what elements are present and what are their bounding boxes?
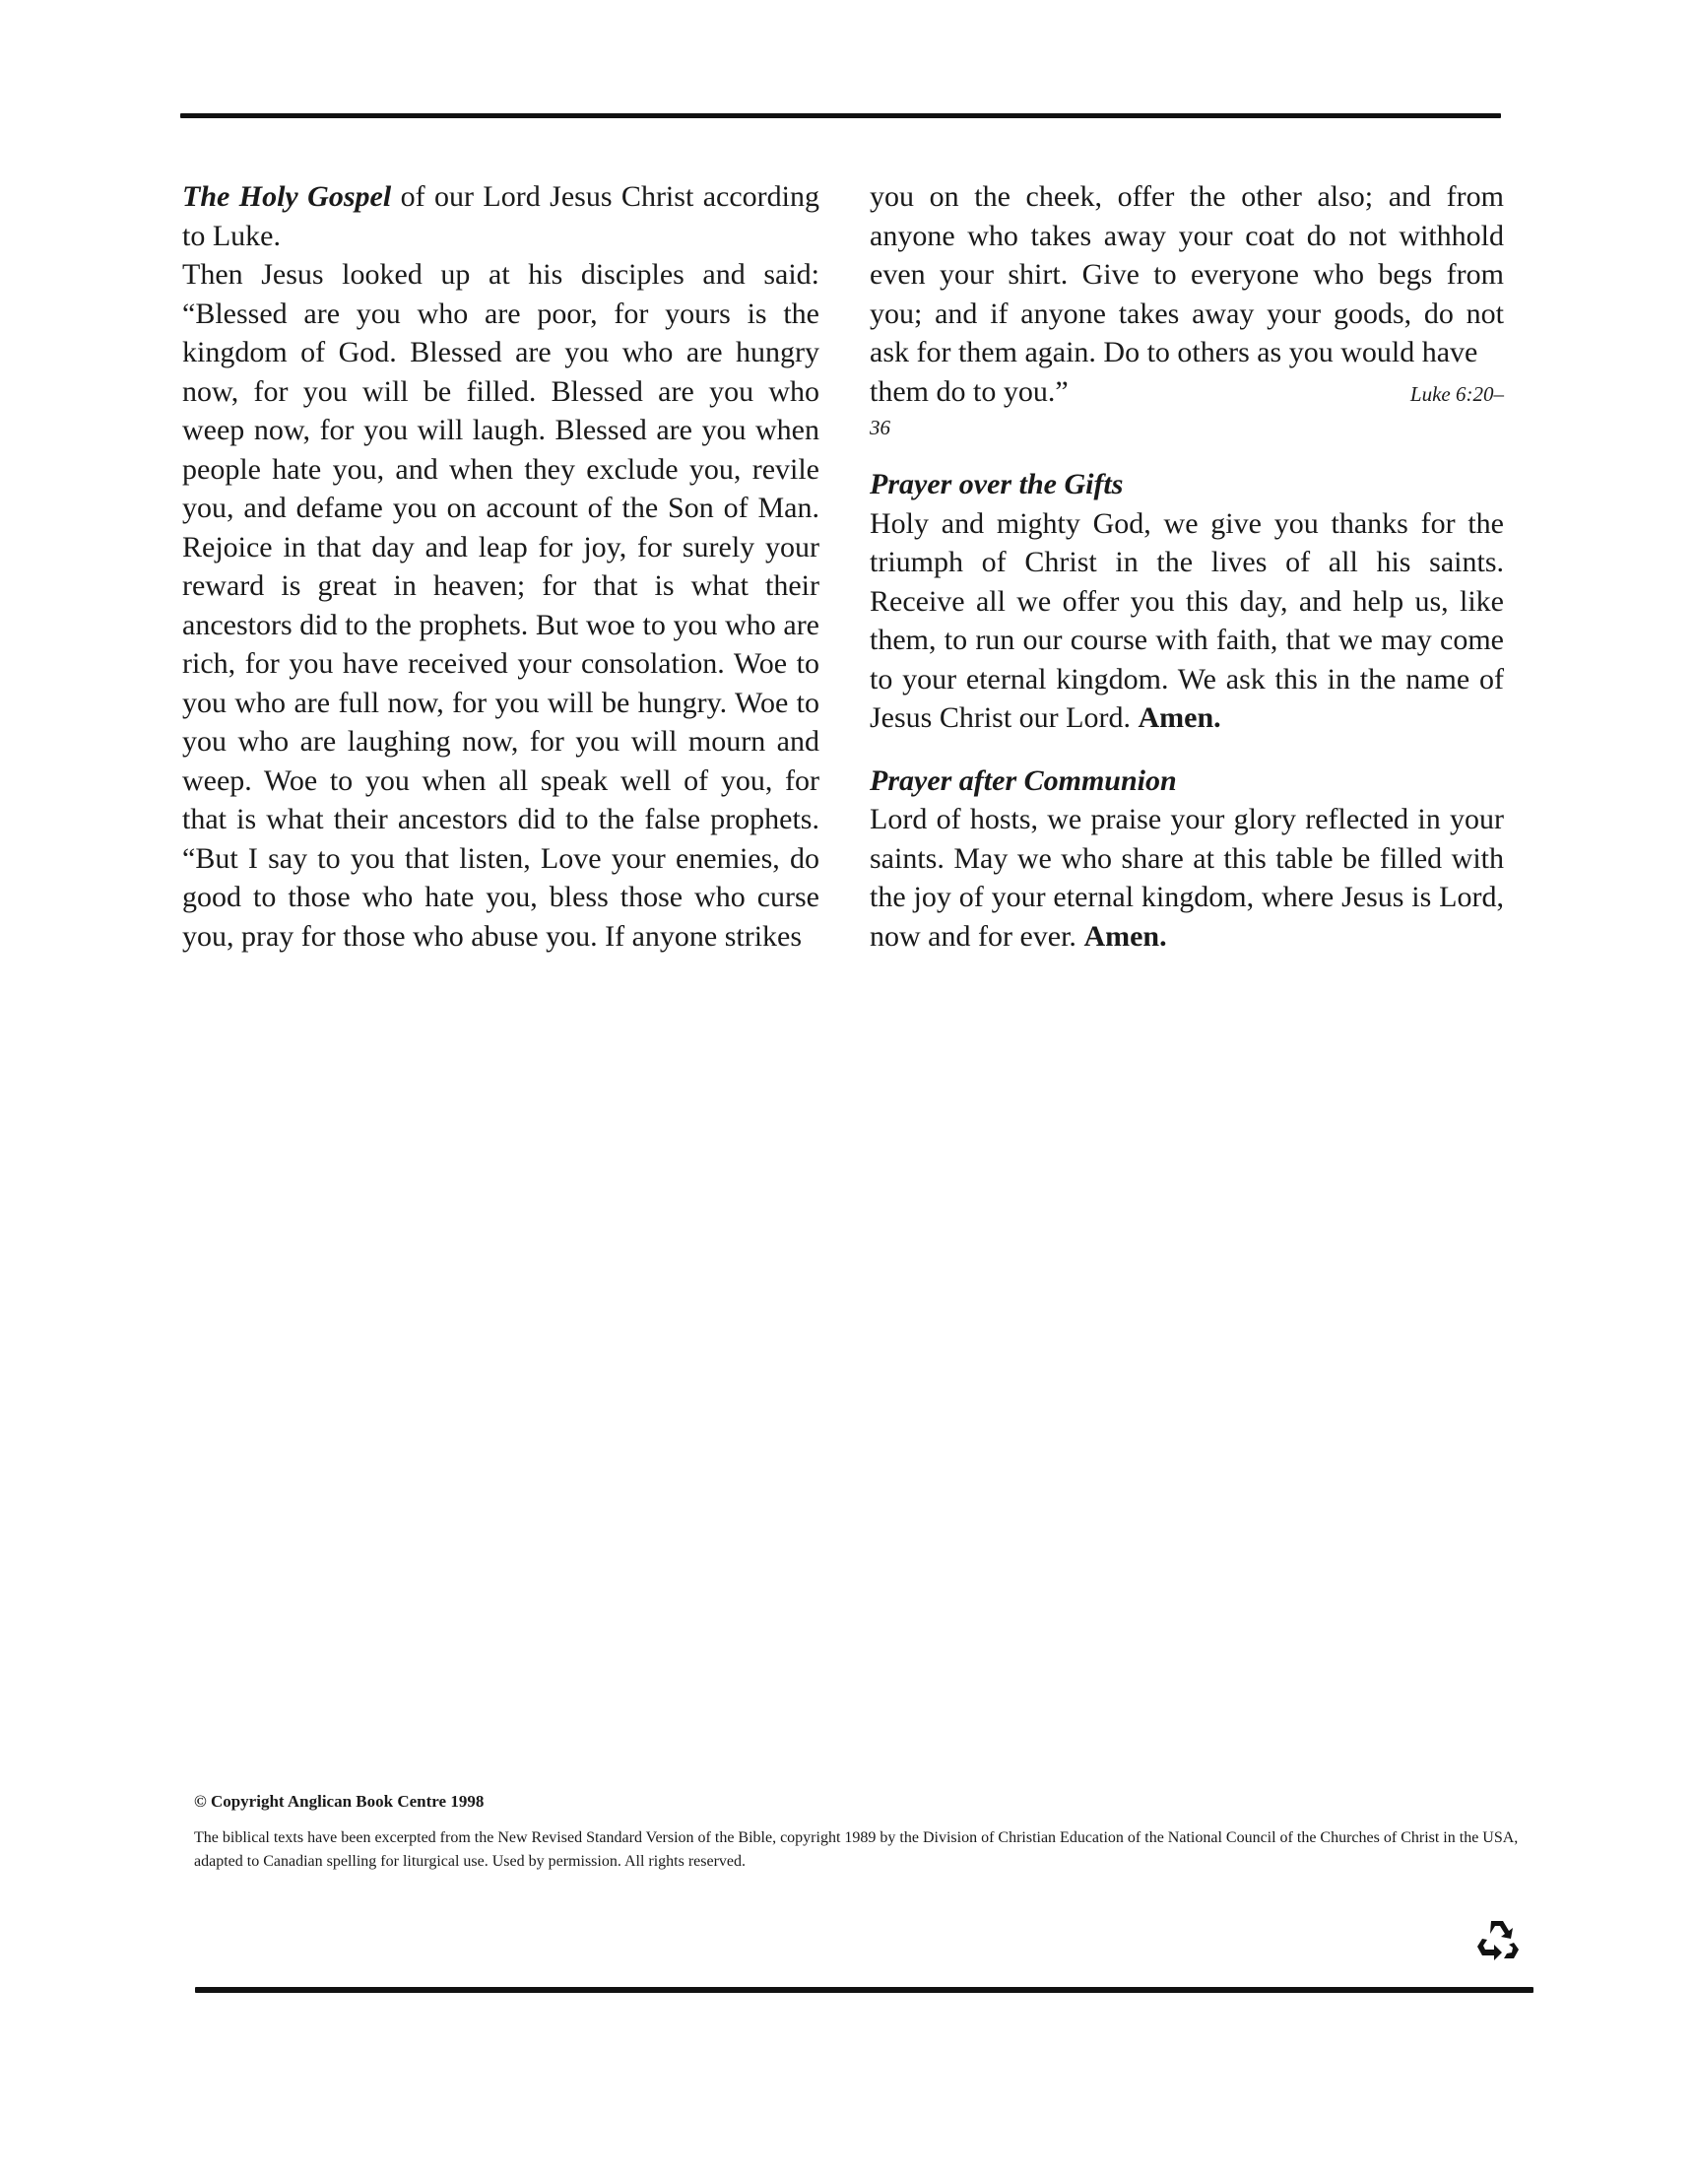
bible-attribution: The biblical texts have been excerpted f… (194, 1826, 1533, 1874)
prayer-gifts-heading: Prayer over the Gifts (870, 465, 1504, 504)
top-rule (180, 113, 1501, 118)
gospel-intro-title: The Holy Gospel (182, 180, 391, 213)
gospel-intro: The Holy Gospel of our Lord Jesus Christ… (182, 177, 819, 255)
gospel-last-line: them do to you.” Luke 6:20– (870, 372, 1504, 415)
gospel-body-right-last: them do to you.” (870, 372, 1069, 412)
scripture-reference-continued: 36 (870, 414, 1504, 441)
prayer-gifts-body: Holy and mighty God, we give you thanks … (870, 507, 1504, 735)
right-column: you on the cheek, offer the other also; … (870, 177, 1504, 956)
prayer-communion-amen: Amen. (1083, 920, 1166, 953)
prayer-communion-text: Lord of hosts, we praise your glory refl… (870, 800, 1504, 956)
prayer-communion-heading: Prayer after Communion (870, 761, 1504, 801)
gospel-body-left: Then Jesus looked up at his disciples an… (182, 255, 819, 956)
copyright-notice: © Copyright Anglican Book Centre 1998 (194, 1791, 1533, 1813)
prayer-communion-body: Lord of hosts, we praise your glory refl… (870, 803, 1504, 953)
gospel-body-right: you on the cheek, offer the other also; … (870, 177, 1504, 372)
left-column: The Holy Gospel of our Lord Jesus Christ… (182, 177, 819, 956)
scripture-reference: Luke 6:20– (1410, 375, 1504, 415)
prayer-gifts-amen: Amen. (1139, 701, 1221, 734)
recycle-icon (1474, 1917, 1522, 1962)
footer: © Copyright Anglican Book Centre 1998 Th… (194, 1791, 1533, 1874)
bottom-rule (195, 1987, 1533, 1993)
prayer-gifts-text: Holy and mighty God, we give you thanks … (870, 504, 1504, 738)
